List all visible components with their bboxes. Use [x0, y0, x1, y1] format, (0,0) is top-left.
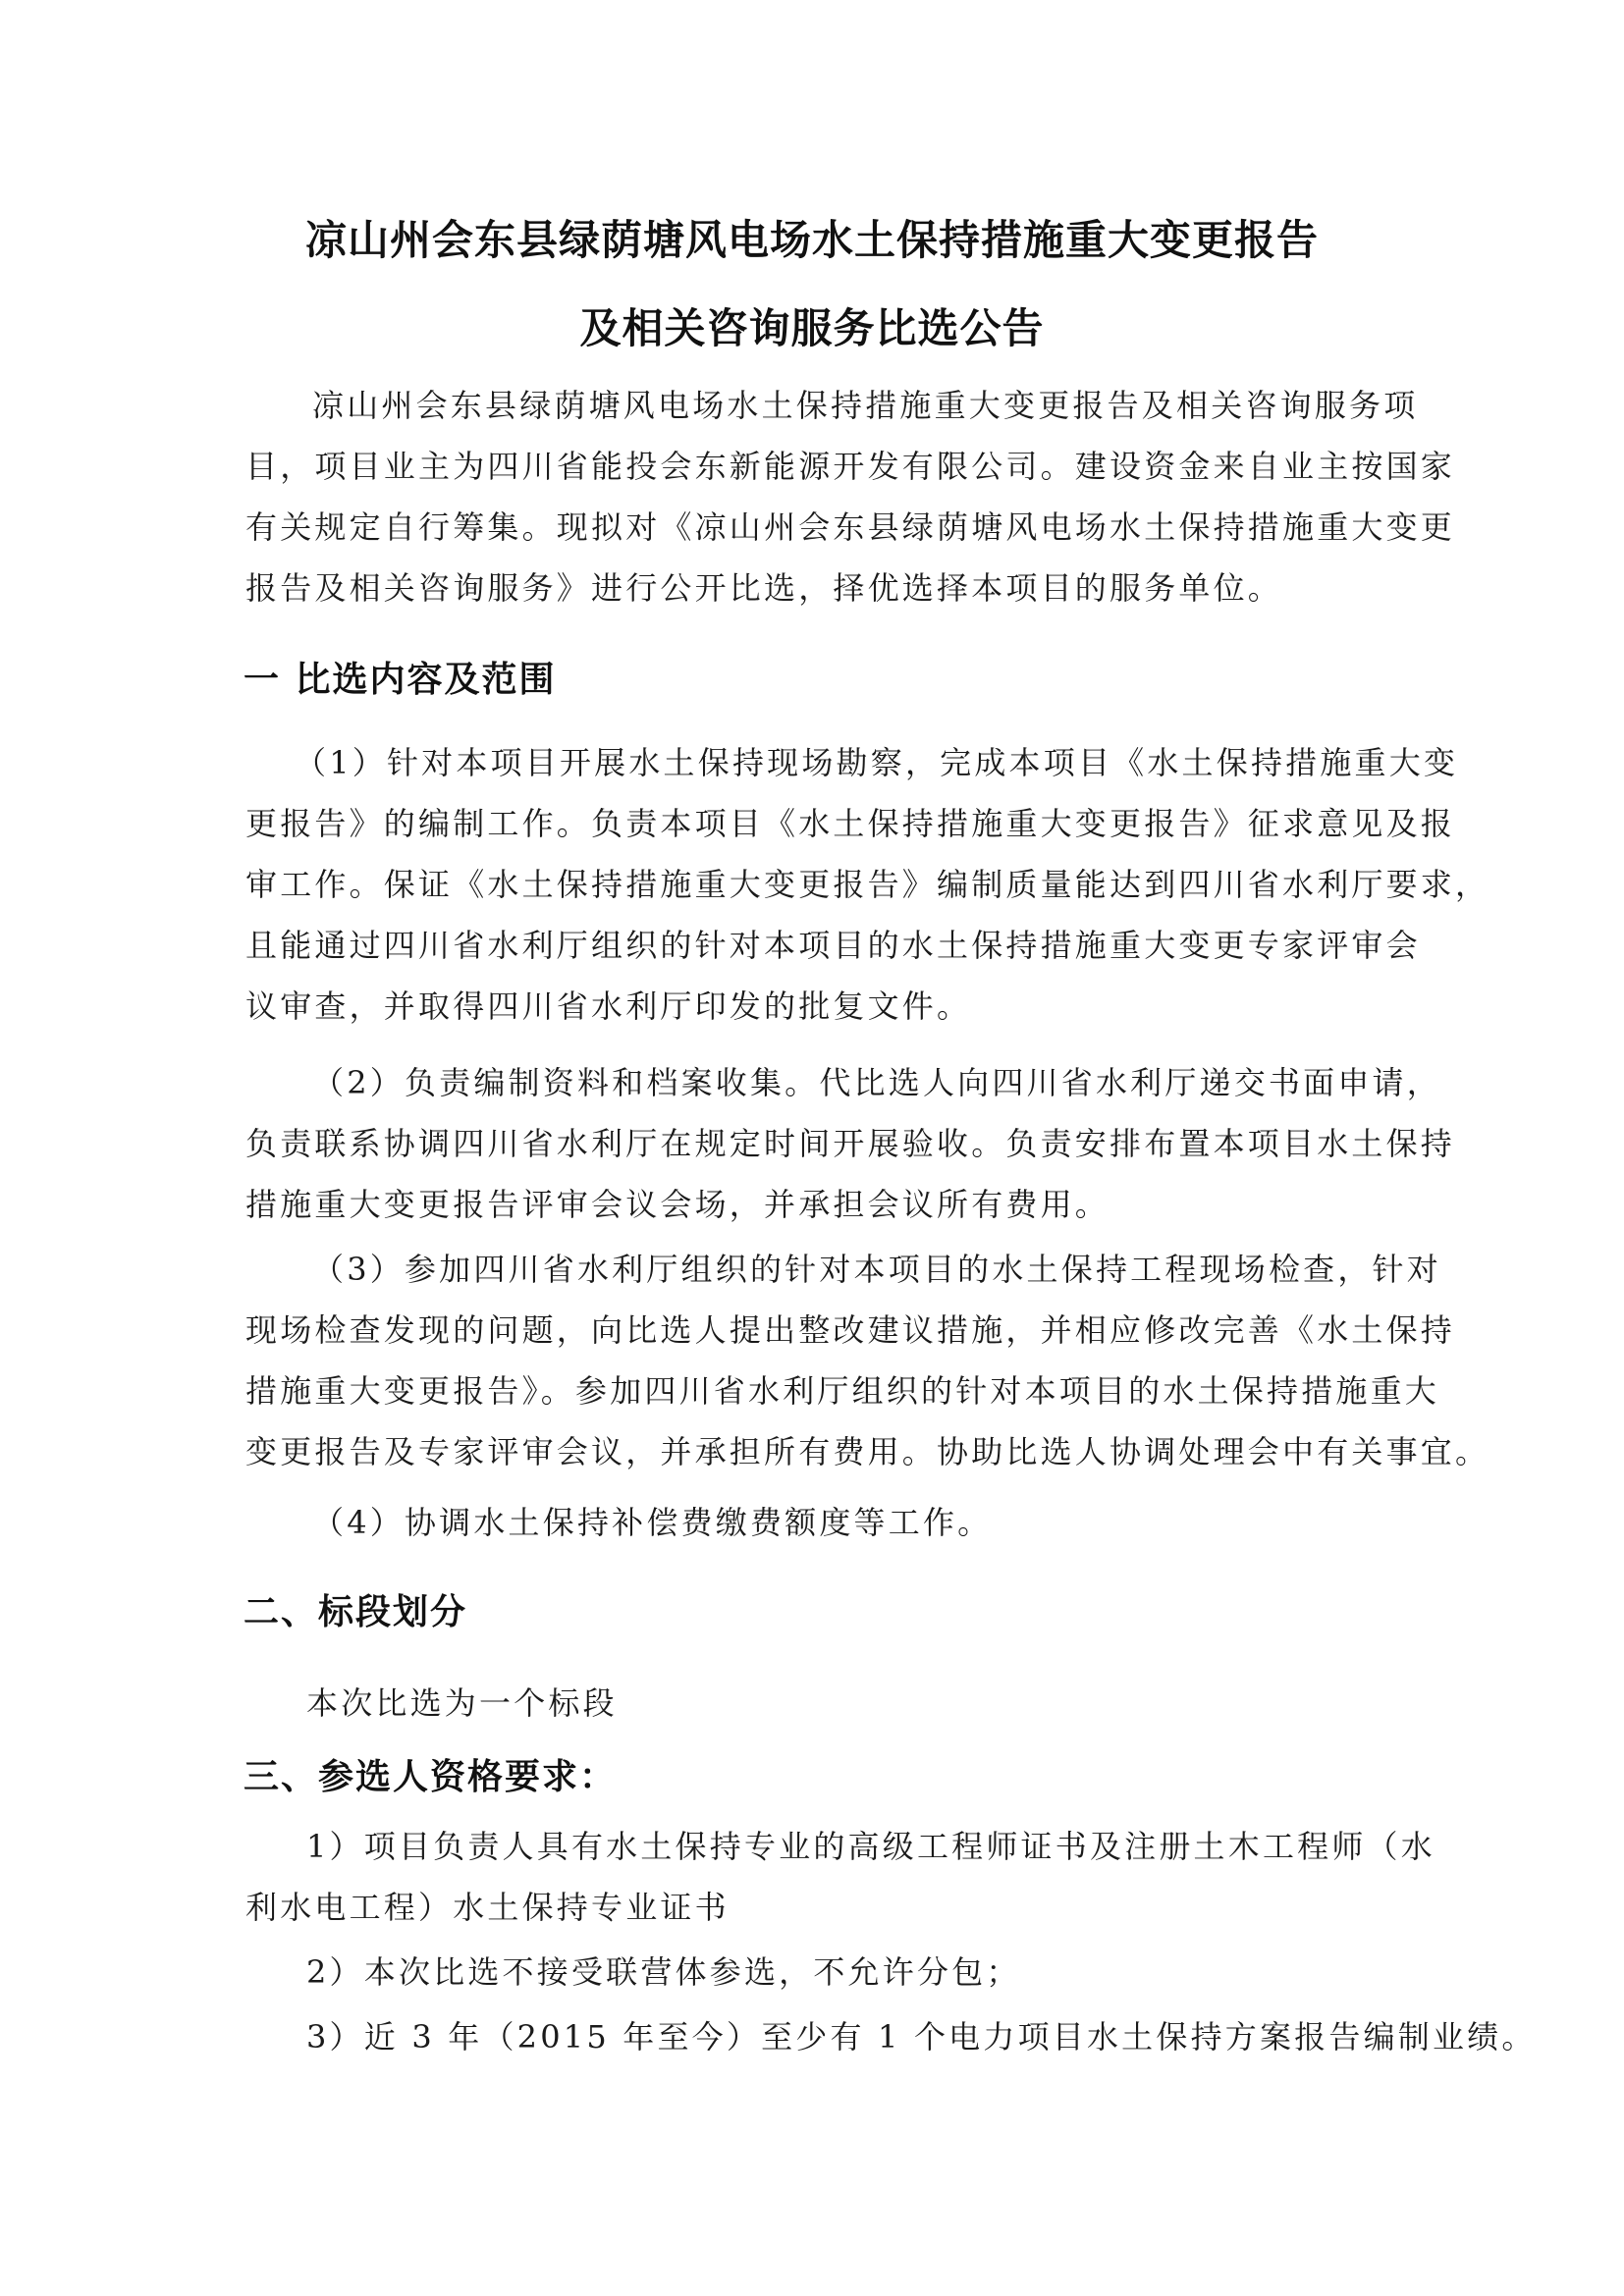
intro-line: 有关规定自行筹集。现拟对《凉山州会东县绿荫塘风电场水土保持措施重大变更 — [245, 503, 1455, 548]
item-line: 且能通过四川省水利厅组织的针对本项目的水土保持措施重大变更专家评审会 — [245, 921, 1421, 966]
requirement-2: 2）本次比选不接受联营体参选，不允许分包； — [306, 1948, 1021, 1993]
section-3-heading: 三、参选人资格要求： — [244, 1749, 617, 1799]
item-line: 审工作。保证《水土保持措施重大变更报告》编制质量能达到四川省水利厅要求， — [245, 860, 1489, 905]
item-line: 议审查，并取得四川省水利厅印发的批复文件。 — [245, 982, 971, 1027]
requirement-line: 1）项目负责人具有水土保持专业的高级工程师证书及注册土木工程师（水 — [306, 1822, 1435, 1867]
item-line: （4）协调水土保持补偿费缴费额度等工作。 — [312, 1498, 992, 1543]
intro-line: 凉山州会东县绿荫塘风电场水土保持措施重大变更报告及相关咨询服务项 — [312, 381, 1418, 426]
section-2-body: 本次比选为一个标段 — [306, 1679, 618, 1724]
document-page: 凉山州会东县绿荫塘风电场水土保持措施重大变更报告 及相关咨询服务比选公告 凉山州… — [0, 0, 1624, 2296]
section-1-heading: 一 比选内容及范围 — [244, 652, 557, 702]
item-line: （1）针对本项目开展水土保持现场勘察，完成本项目《水土保持措施重大变 — [295, 738, 1458, 783]
item-line: 负责联系协调四川省水利厅在规定时间开展验收。负责安排布置本项目水土保持 — [245, 1119, 1455, 1164]
intro-line: 报告及相关咨询服务》进行公开比选，择优选择本项目的服务单位。 — [245, 563, 1282, 609]
section-2-heading: 二、标段划分 — [244, 1584, 467, 1634]
intro-line: 目，项目业主为四川省能投会东新能源开发有限公司。建设资金来自业主按国家 — [245, 442, 1455, 487]
item-line: 措施重大变更报告评审会议会场，并承担会议所有费用。 — [245, 1180, 1110, 1225]
document-title-line-1: 凉山州会东县绿荫塘风电场水土保持措施重大变更报告 — [0, 208, 1624, 267]
requirement-3: 3）近 3 年（2015 年至今）至少有 1 个电力项目水土保持方案报告编制业绩… — [306, 2012, 1537, 2057]
item-line: 现场检查发现的问题，向比选人提出整改建议措施，并相应修改完善《水土保持 — [245, 1306, 1455, 1351]
item-line: （2）负责编制资料和档案收集。代比选人向四川省水利厅递交书面申请， — [312, 1058, 1441, 1103]
requirement-line: 利水电工程）水土保持专业证书 — [245, 1883, 730, 1928]
item-line: 变更报告及专家评审会议，并承担所有费用。协助比选人协调处理会中有关事宜。 — [245, 1427, 1489, 1472]
item-line: 更报告》的编制工作。负责本项目《水土保持措施重大变更报告》征求意见及报 — [245, 799, 1455, 844]
item-line: 措施重大变更报告》。参加四川省水利厅组织的针对本项目的水土保持措施重大 — [245, 1366, 1439, 1412]
document-title-line-2: 及相关咨询服务比选公告 — [0, 296, 1624, 355]
item-line: （3）参加四川省水利厅组织的针对本项目的水土保持工程现场检查，针对 — [312, 1245, 1441, 1290]
